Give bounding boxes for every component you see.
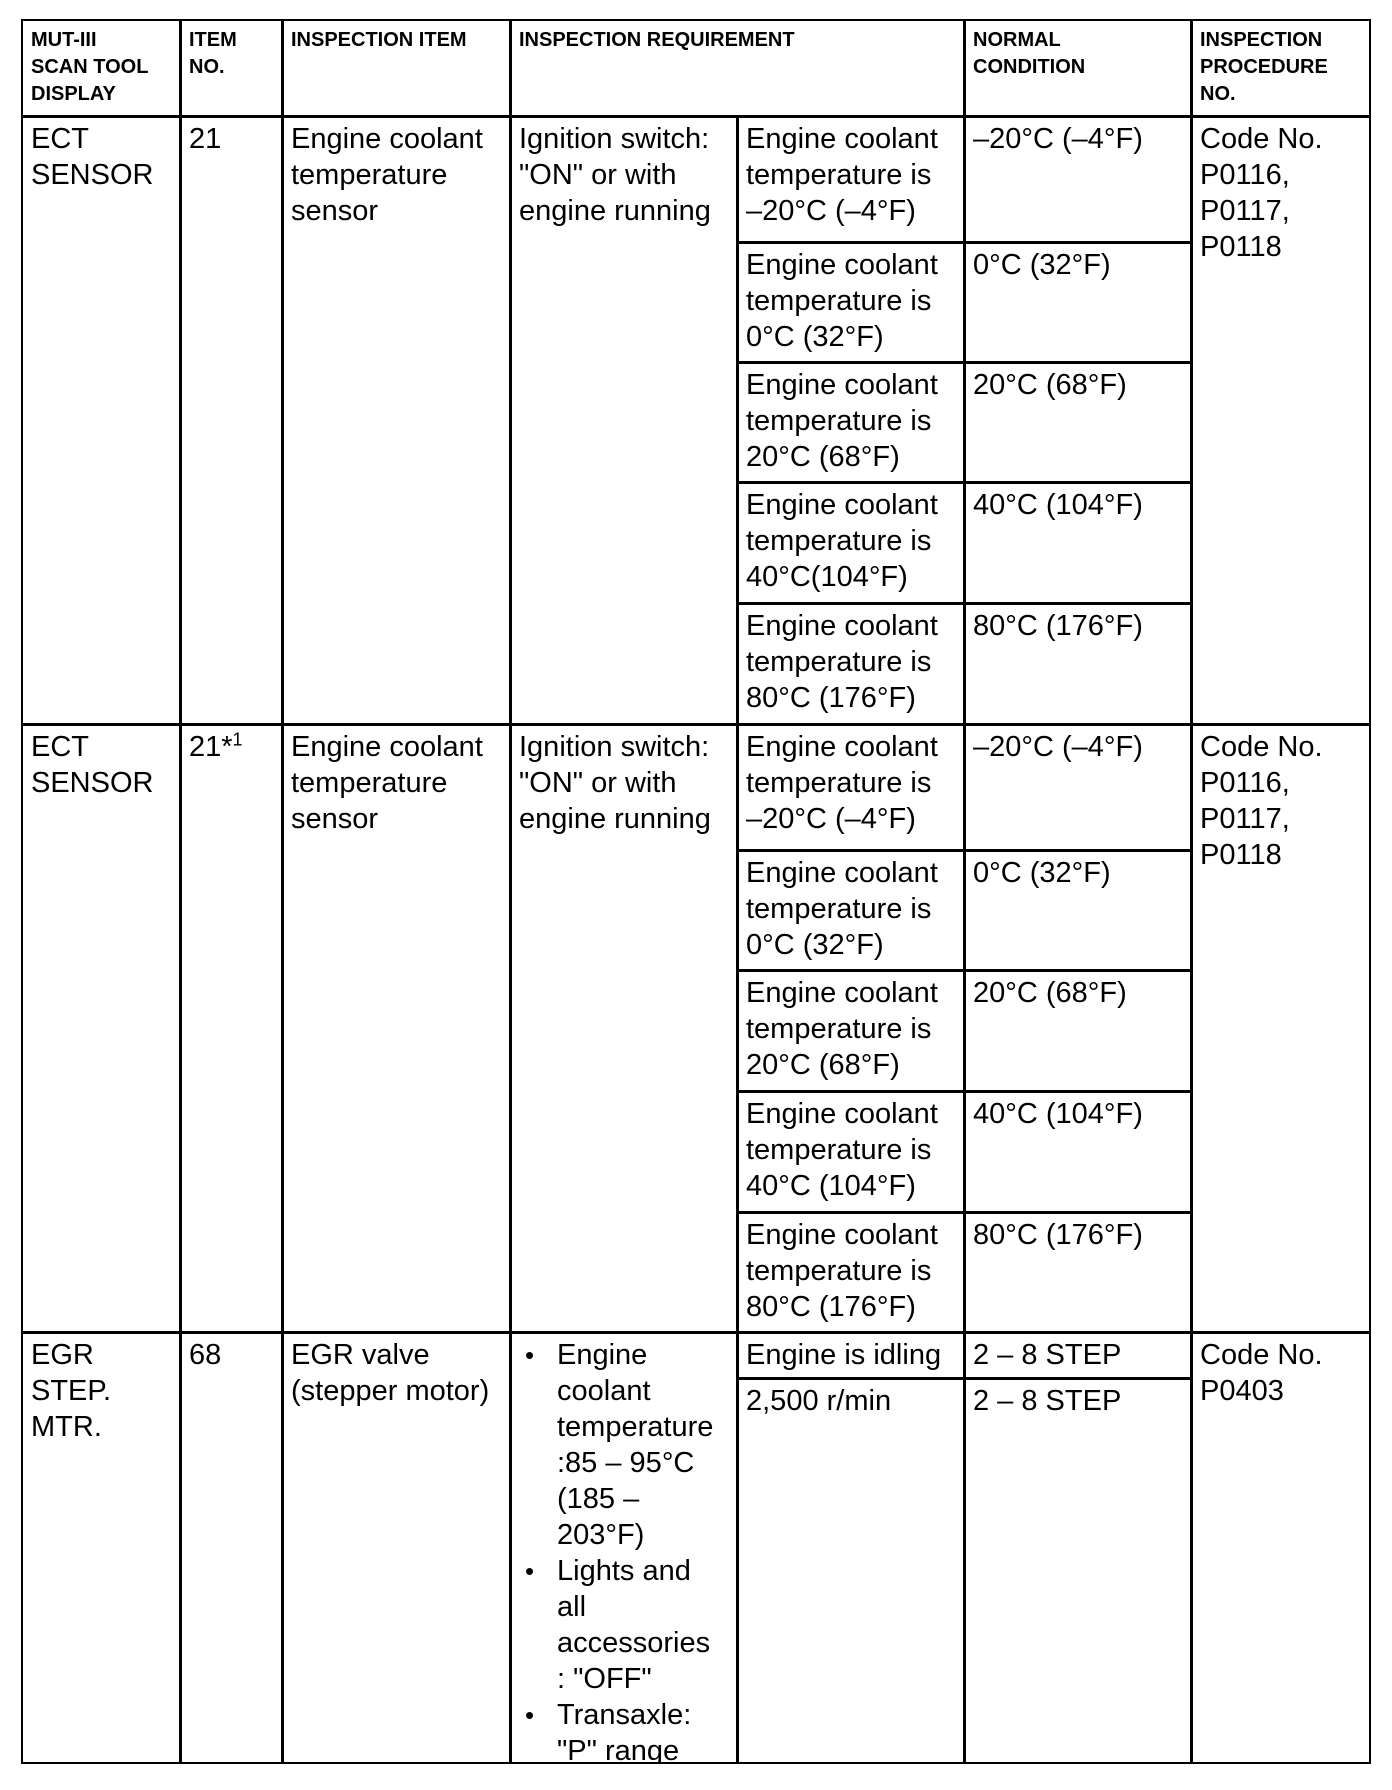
cell-text: Engine coolant — [746, 247, 956, 283]
condition-cell: Engine coolanttemperature is0°C (32°F) — [736, 241, 966, 364]
cell-text: P0403 — [1200, 1373, 1361, 1409]
item-no-text: 21 — [189, 123, 221, 155]
inspection-item-cell: Engine coolanttemperaturesensor — [281, 115, 512, 726]
normal-value: –20°C (–4°F) — [973, 729, 1183, 765]
normal-condition-cell: 20°C (68°F) — [963, 969, 1193, 1093]
condition-cell: 2,500 r/min — [736, 1377, 966, 1764]
header-text: ITEM — [189, 27, 274, 54]
inspection-table: MUT-IIISCAN TOOLDISPLAYITEMNO.INSPECTION… — [0, 0, 1392, 1790]
normal-value: 20°C (68°F) — [973, 975, 1183, 1011]
cell-text: ECT — [31, 121, 172, 157]
cell-text: 40°C(104°F) — [746, 559, 956, 595]
cell-text: temperature is — [746, 765, 956, 801]
header-text: INSPECTION — [1200, 27, 1361, 54]
cell-text: engine running — [519, 193, 729, 229]
condition-cell: Engine is idling — [736, 1331, 966, 1380]
header-text: INSPECTION REQUIREMENT — [519, 27, 956, 54]
normal-condition-cell: 40°C (104°F) — [963, 1090, 1193, 1214]
cell-text: EGR valve — [291, 1337, 502, 1373]
normal-condition-cell: 0°C (32°F) — [963, 849, 1193, 972]
condition-cell: Engine coolanttemperature is20°C (68°F) — [736, 969, 966, 1093]
cell-text: temperature — [291, 765, 502, 801]
header-text: DISPLAY — [31, 81, 172, 108]
procedure-no-cell: Code No.P0116,P0117,P0118 — [1190, 723, 1371, 1334]
condition-cell: Engine coolanttemperature is80°C (176°F) — [736, 602, 966, 726]
cell-text: MTR. — [31, 1409, 172, 1445]
requirement-bullet: Lights andallaccessories: "OFF" — [519, 1553, 729, 1697]
inspection-requirement-cell: Ignition switch:"ON" or withengine runni… — [509, 723, 739, 1334]
normal-value: 2 – 8 STEP — [973, 1383, 1183, 1419]
header-inspection-requirement: INSPECTION REQUIREMENT — [509, 19, 966, 118]
cell-text: : "OFF" — [557, 1661, 729, 1697]
normal-value: 80°C (176°F) — [973, 1217, 1183, 1253]
cell-text: temperature is — [746, 157, 956, 193]
header-text: NO. — [1200, 81, 1361, 108]
requirement-bullet: Enginecoolanttemperature:85 – 95°C(185 –… — [519, 1337, 729, 1553]
cell-text: coolant — [557, 1373, 729, 1409]
item-no: 21*1 — [189, 729, 274, 765]
header-item-no: ITEMNO. — [179, 19, 284, 118]
cell-text: P0116, — [1200, 765, 1361, 801]
condition-cell: Engine coolanttemperature is40°C(104°F) — [736, 481, 966, 605]
cell-text: 2,500 r/min — [746, 1383, 956, 1419]
cell-text: 80°C (176°F) — [746, 1289, 956, 1325]
normal-condition-cell: 2 – 8 STEP — [963, 1331, 1193, 1380]
inspection-item-cell: Engine coolanttemperaturesensor — [281, 723, 512, 1334]
cell-text: (185 – — [557, 1481, 729, 1517]
cell-text: temperature is — [746, 403, 956, 439]
normal-value: –20°C (–4°F) — [973, 121, 1183, 157]
footnote-marker: 1 — [233, 729, 243, 749]
cell-text: P0117, — [1200, 193, 1361, 229]
cell-text: Code No. — [1200, 1337, 1361, 1373]
cell-text: Engine coolant — [746, 367, 956, 403]
condition-cell: Engine coolanttemperature is0°C (32°F) — [736, 849, 966, 972]
cell-text: temperature is — [746, 891, 956, 927]
cell-text: temperature is — [746, 283, 956, 319]
cell-text: STEP. — [31, 1373, 172, 1409]
normal-value: 40°C (104°F) — [973, 487, 1183, 523]
cell-text: "ON" or with — [519, 765, 729, 801]
item-no-cell: 68 — [179, 1331, 284, 1764]
normal-value: 0°C (32°F) — [973, 855, 1183, 891]
cell-text: SENSOR — [31, 765, 172, 801]
cell-text: temperature — [291, 157, 502, 193]
header-text: CONDITION — [973, 54, 1183, 81]
condition-cell: Engine coolanttemperature is40°C (104°F) — [736, 1090, 966, 1214]
cell-text: Lights and — [557, 1553, 729, 1589]
cell-text: –20°C (–4°F) — [746, 193, 956, 229]
cell-text: EGR — [31, 1337, 172, 1373]
cell-text: Engine coolant — [291, 121, 502, 157]
header-text: INSPECTION ITEM — [291, 27, 502, 54]
cell-text: SENSOR — [31, 157, 172, 193]
procedure-no-cell: Code No.P0403 — [1190, 1331, 1371, 1764]
header-normal-condition: NORMALCONDITION — [963, 19, 1193, 118]
cell-text: Engine coolant — [746, 487, 956, 523]
item-no-cell: 21 — [179, 115, 284, 726]
procedure-no-cell: Code No.P0116,P0117,P0118 — [1190, 115, 1371, 726]
header-text: NO. — [189, 54, 274, 81]
cell-text: 0°C (32°F) — [746, 319, 956, 355]
cell-text: temperature is — [746, 1132, 956, 1168]
header-procedure-no: INSPECTIONPROCEDURENO. — [1190, 19, 1371, 118]
normal-condition-cell: –20°C (–4°F) — [963, 115, 1193, 244]
condition-cell: Engine coolanttemperature is–20°C (–4°F) — [736, 723, 966, 852]
header-scan-tool-display: MUT-IIISCAN TOOLDISPLAY — [21, 19, 182, 118]
header-text: PROCEDURE — [1200, 54, 1361, 81]
cell-text: Engine coolant — [746, 975, 956, 1011]
header-text: MUT-III — [31, 27, 172, 54]
cell-text: :85 – 95°C — [557, 1445, 729, 1481]
cell-text: Engine coolant — [746, 608, 956, 644]
condition-cell: Engine coolanttemperature is80°C (176°F) — [736, 1211, 966, 1334]
cell-text: "P" range — [557, 1733, 729, 1764]
cell-text: –20°C (–4°F) — [746, 801, 956, 837]
item-no-text: 21* — [189, 731, 233, 763]
item-no: 21 — [189, 121, 274, 157]
cell-text: P0118 — [1200, 837, 1361, 873]
normal-condition-cell: 80°C (176°F) — [963, 602, 1193, 726]
cell-text: P0116, — [1200, 157, 1361, 193]
item-no-cell: 21*1 — [179, 723, 284, 1334]
normal-condition-cell: 40°C (104°F) — [963, 481, 1193, 605]
cell-text: 80°C (176°F) — [746, 680, 956, 716]
normal-condition-cell: 2 – 8 STEP — [963, 1377, 1193, 1764]
cell-text: Engine coolant — [746, 1096, 956, 1132]
normal-condition-cell: –20°C (–4°F) — [963, 723, 1193, 852]
normal-value: 2 – 8 STEP — [973, 1337, 1183, 1373]
cell-text: Engine — [557, 1337, 729, 1373]
cell-text: "ON" or with — [519, 157, 729, 193]
cell-text: (stepper motor) — [291, 1373, 502, 1409]
cell-text: all — [557, 1589, 729, 1625]
cell-text: 0°C (32°F) — [746, 927, 956, 963]
condition-cell: Engine coolanttemperature is–20°C (–4°F) — [736, 115, 966, 244]
item-no-text: 68 — [189, 1339, 221, 1371]
header-text: SCAN TOOL — [31, 54, 172, 81]
cell-text: sensor — [291, 193, 502, 229]
scan-tool-display-cell: ECTSENSOR — [21, 723, 182, 1334]
cell-text: Engine coolant — [746, 121, 956, 157]
cell-text: ECT — [31, 729, 172, 765]
cell-text: temperature is — [746, 1253, 956, 1289]
cell-text: sensor — [291, 801, 502, 837]
inspection-requirement-cell: Ignition switch:"ON" or withengine runni… — [509, 115, 739, 726]
header-text: NORMAL — [973, 27, 1183, 54]
cell-text: accessories — [557, 1625, 729, 1661]
cell-text: Engine coolant — [746, 1217, 956, 1253]
normal-condition-cell: 80°C (176°F) — [963, 1211, 1193, 1334]
header-inspection-item: INSPECTION ITEM — [281, 19, 512, 118]
cell-text: Transaxle: — [557, 1697, 729, 1733]
cell-text: engine running — [519, 801, 729, 837]
normal-condition-cell: 20°C (68°F) — [963, 361, 1193, 484]
cell-text: P0118 — [1200, 229, 1361, 265]
cell-text: Engine coolant — [746, 729, 956, 765]
normal-value: 40°C (104°F) — [973, 1096, 1183, 1132]
cell-text: Ignition switch: — [519, 121, 729, 157]
normal-value: 20°C (68°F) — [973, 367, 1183, 403]
cell-text: temperature — [557, 1409, 729, 1445]
cell-text: 203°F) — [557, 1517, 729, 1553]
normal-condition-cell: 0°C (32°F) — [963, 241, 1193, 364]
cell-text: temperature is — [746, 644, 956, 680]
normal-value: 80°C (176°F) — [973, 608, 1183, 644]
cell-text: 40°C (104°F) — [746, 1168, 956, 1204]
cell-text: P0117, — [1200, 801, 1361, 837]
condition-cell: Engine coolanttemperature is20°C (68°F) — [736, 361, 966, 484]
cell-text: Engine coolant — [746, 855, 956, 891]
cell-text: Code No. — [1200, 729, 1361, 765]
cell-text: 20°C (68°F) — [746, 439, 956, 475]
scan-tool-display-cell: EGRSTEP.MTR. — [21, 1331, 182, 1764]
item-no: 68 — [189, 1337, 274, 1373]
cell-text: Engine coolant — [291, 729, 502, 765]
inspection-item-cell: EGR valve(stepper motor) — [281, 1331, 512, 1764]
cell-text: Ignition switch: — [519, 729, 729, 765]
inspection-requirement-cell: Enginecoolanttemperature:85 – 95°C(185 –… — [509, 1331, 739, 1764]
cell-text: Code No. — [1200, 121, 1361, 157]
requirement-bullet-list: Enginecoolanttemperature:85 – 95°C(185 –… — [519, 1337, 729, 1764]
scan-tool-display-cell: ECTSENSOR — [21, 115, 182, 726]
cell-text: temperature is — [746, 523, 956, 559]
cell-text: 20°C (68°F) — [746, 1047, 956, 1083]
requirement-bullet: Transaxle:"P" range — [519, 1697, 729, 1764]
cell-text: Engine is idling — [746, 1337, 956, 1373]
normal-value: 0°C (32°F) — [973, 247, 1183, 283]
cell-text: temperature is — [746, 1011, 956, 1047]
